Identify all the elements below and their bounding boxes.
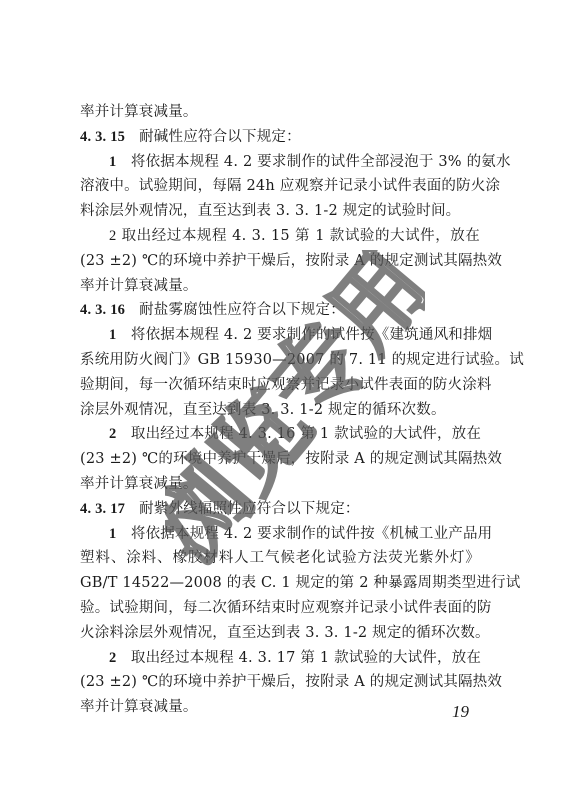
clause-text: 取出经过本规程 4. 3. 16 第 1 款试验的大试件，放在 — [131, 426, 481, 442]
clause-text: 取出经过本规程 4. 3. 17 第 1 款试验的大试件，放在 — [131, 650, 481, 666]
section-number: 4. 3. 17 — [80, 501, 125, 517]
paragraph-line: 验期间，每一次循环结束时应观察并记录小试件表面的防火涂料 — [80, 373, 480, 398]
clause-number: 1 — [109, 526, 116, 542]
section-title: 耐紫外线辐照性应符合以下规定： — [139, 501, 360, 517]
clause-line: 2 取出经过本规程 4. 3. 16 第 1 款试验的大试件，放在 — [80, 422, 480, 447]
clause-line: 1 将依据本规程 4. 2 要求制作的试件按《机械工业产品用 — [80, 522, 480, 547]
paragraph-line: (23 ±2) ℃的环境中养护干燥后，按附录 A 的规定测试其隔热效 — [80, 249, 480, 274]
clause-number: 2 — [109, 426, 116, 442]
paragraph-line: 验。试验期间，每二次循环结束时应观察并记录小试件表面的防 — [80, 596, 480, 621]
section-title: 耐盐雾腐蚀性应符合以下规定： — [139, 302, 345, 318]
section-heading-4-3-17: 4. 3. 17耐紫外线辐照性应符合以下规定： — [80, 497, 480, 522]
paragraph-line: 率并计算衰减量。 — [80, 472, 480, 497]
clause-line: 1 将依据本规程 4. 2 要求制作的试件按《建筑通风和排烟 — [80, 323, 480, 348]
clause-line: 1 将依据本规程 4. 2 要求制作的试件全部浸泡于 3% 的氨水 — [80, 150, 480, 175]
paragraph-line: 溶液中。试验期间，每隔 24h 应观察并记录小试件表面的防火涂 — [80, 174, 480, 199]
clause-text: 取出经过本规程 4. 3. 15 第 1 款试验的大试件，放在 — [122, 228, 480, 244]
paragraph-line: 涂层外观情况，直至达到表 3. 3. 1-2 规定的循环次数。 — [80, 398, 480, 423]
section-heading-4-3-15: 4. 3. 15耐碱性应符合以下规定： — [80, 125, 480, 150]
clause-line: 2 取出经过本规程 4. 3. 15 第 1 款试验的大试件，放在 — [80, 224, 480, 249]
clause-text: 将依据本规程 4. 2 要求制作的试件全部浸泡于 3% 的氨水 — [131, 154, 511, 170]
paragraph-line: 火涂料涂层外观情况，直至达到表 3. 3. 1-2 规定的循环次数。 — [80, 621, 480, 646]
clause-number: 1 — [109, 327, 116, 343]
section-number: 4. 3. 15 — [80, 129, 125, 145]
clause-text: 将依据本规程 4. 2 要求制作的试件按《建筑通风和排烟 — [131, 327, 493, 343]
clause-number: 1 — [109, 154, 116, 170]
paragraph-line: 塑料、涂料、橡胶材料人工气候老化试验方法荧光紫外灯》 — [80, 546, 480, 571]
clause-number: 2 — [109, 228, 116, 244]
paragraph-line: 系统用防火阀门》GB 15930—2007 的 7. 11 的规定进行试验。试 — [80, 348, 480, 373]
paragraph-line: (23 ±2) ℃的环境中养护干燥后，按附录 A 的规定测试其隔热效 — [80, 447, 480, 472]
section-heading-4-3-16: 4. 3. 16耐盐雾腐蚀性应符合以下规定： — [80, 298, 480, 323]
paragraph-line: 率并计算衰减量。 — [80, 100, 480, 125]
paragraph-line: 率并计算衰减量。 — [80, 274, 480, 299]
paragraph-line: 率并计算衰减量。 — [80, 695, 480, 720]
paragraph-line: GB/T 14522—2008 的表 C. 1 规定的第 2 种暴露周期类型进行… — [80, 571, 480, 596]
page-number: 19 — [452, 702, 469, 722]
clause-number: 2 — [109, 650, 116, 666]
paragraph-line: (23 ±2) ℃的环境中养护干燥后，按附录 A 的规定测试其隔热效 — [80, 670, 480, 695]
clause-text: 将依据本规程 4. 2 要求制作的试件按《机械工业产品用 — [131, 526, 493, 542]
paragraph-line: 料涂层外观情况，直至达到表 3. 3. 1-2 规定的试验时间。 — [80, 199, 480, 224]
document-body: 率并计算衰减量。 4. 3. 15耐碱性应符合以下规定： 1 将依据本规程 4.… — [80, 100, 480, 720]
clause-line: 2 取出经过本规程 4. 3. 17 第 1 款试验的大试件，放在 — [80, 646, 480, 671]
section-number: 4. 3. 16 — [80, 302, 125, 318]
section-title: 耐碱性应符合以下规定： — [139, 129, 301, 145]
